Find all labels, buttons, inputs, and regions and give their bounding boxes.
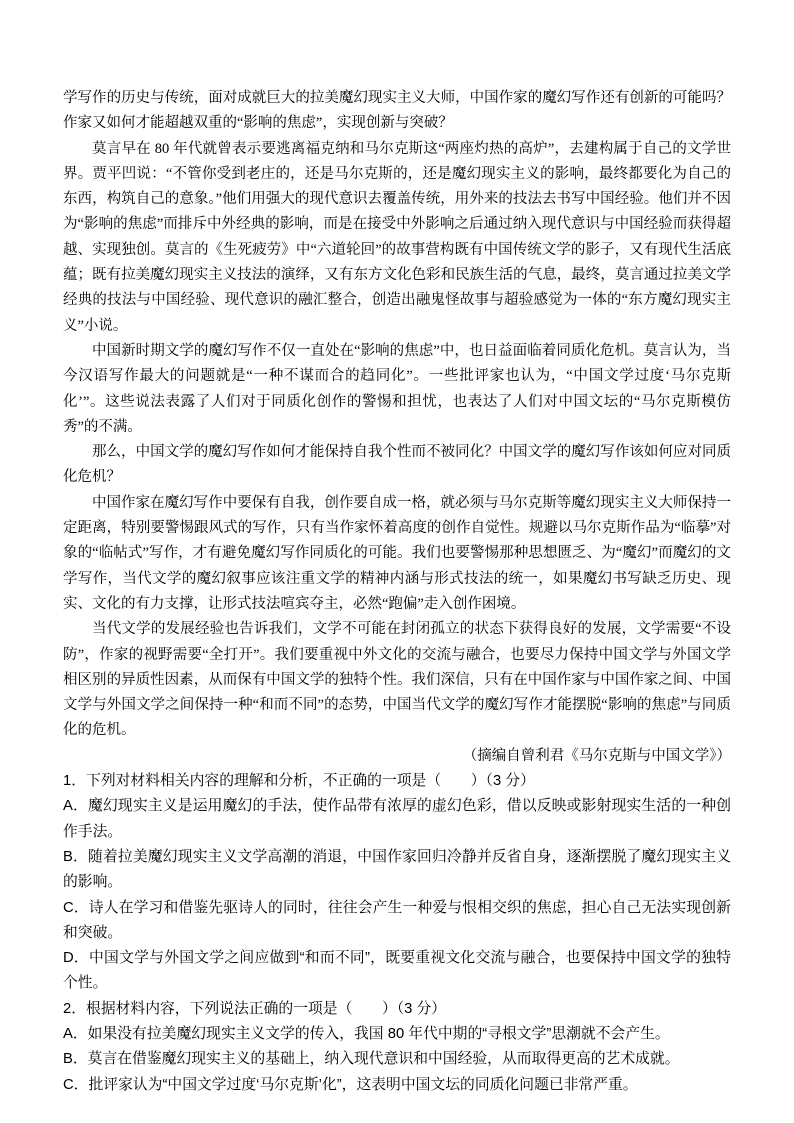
passage-paragraph-4: 那么，中国文学的魔幻写作如何才能保持自我个性而不被同化？中国文学的魔幻写作该如何… (63, 440, 731, 491)
question-2-option-a: A．如果没有拉美魔幻现实主义文学的传入，我国 80 年代中期的“寻根文学”思潮就… (63, 1022, 731, 1047)
question-1-stem: 1．下列对材料相关内容的理解和分析，不正确的一项是（ ）（3 分） (63, 769, 731, 794)
passage-paragraph-2: 莫言早在 80 年代就曾表示要逃离福克纳和马尔克斯这“两座灼热的高炉”，去建构属… (63, 137, 731, 339)
question-1-option-b: B．随着拉美魔幻现实主义文学高潮的消退，中国作家回归冷静并反省自身，逐渐摆脱了魔… (63, 845, 731, 896)
document-page: 学写作的历史与传统，面对成就巨大的拉美魔幻现实主义大师，中国作家的魔幻写作还有创… (0, 0, 794, 1123)
question-1-option-c: C．诗人在学习和借鉴先驱诗人的同时，往往会产生一种爱与恨相交织的焦虑，担心自己无… (63, 896, 731, 947)
passage-paragraph-6: 当代文学的发展经验也告诉我们，文学不可能在封闭孤立的状态下获得良好的发展，文学需… (63, 617, 731, 743)
questions-section: 1．下列对材料相关内容的理解和分析，不正确的一项是（ ）（3 分） A．魔幻现实… (63, 769, 731, 1098)
passage-paragraph-1: 学写作的历史与传统，面对成就巨大的拉美魔幻现实主义大师，中国作家的魔幻写作还有创… (63, 86, 731, 137)
reading-passage: 学写作的历史与传统，面对成就巨大的拉美魔幻现实主义大师，中国作家的魔幻写作还有创… (63, 86, 731, 769)
question-2-option-b: B．莫言在借鉴魔幻现实主义的基础上，纳入现代意识和中国经验，从而取得更高的艺术成… (63, 1047, 731, 1072)
question-1-option-d: D．中国文学与外国文学之间应做到“和而不同”，既要重视文化交流与融合，也要保持中… (63, 946, 731, 997)
page-content: 学写作的历史与传统，面对成就巨大的拉美魔幻现实主义大师，中国作家的魔幻写作还有创… (63, 86, 731, 1098)
question-1-option-a: A．魔幻现实主义是运用魔幻的手法，使作品带有浓厚的虚幻色彩，借以反映或影射现实生… (63, 794, 731, 845)
passage-attribution: （摘编自曾利君《马尔克斯与中国文学》） (63, 744, 731, 769)
passage-paragraph-5: 中国作家在魔幻写作中要保有自我，创作要自成一格，就必须与马尔克斯等魔幻现实主义大… (63, 491, 731, 617)
passage-paragraph-3: 中国新时期文学的魔幻写作不仅一直处在“影响的焦虑”中，也日益面临着同质化危机。莫… (63, 339, 731, 440)
question-2-option-c: C．批评家认为“中国文学过度‘马尔克斯’化”，这表明中国文坛的同质化问题已非常严… (63, 1073, 731, 1098)
question-2-stem: 2．根据材料内容，下列说法正确的一项是（ ）（3 分） (63, 997, 731, 1022)
